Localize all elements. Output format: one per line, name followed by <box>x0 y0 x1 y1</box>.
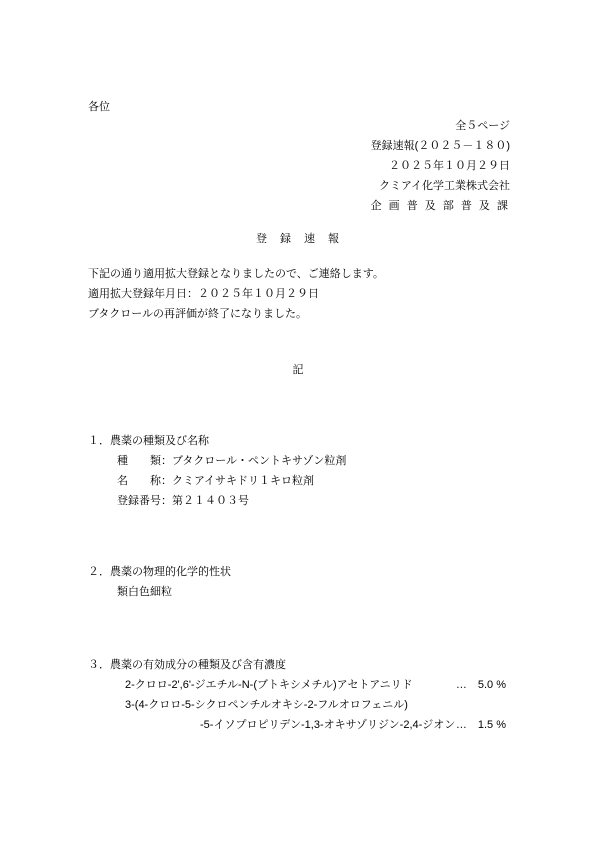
ingredient-concentration: … 5.0 % <box>456 675 506 695</box>
salutation: 各位 <box>88 97 110 117</box>
body-line-registration-date: 適用拡大登録年月日：２０２５年１０月２９日 <box>88 284 384 304</box>
section-active-ingredients: ３．農薬の有効成分の種類及び含有濃度 2-クロロ-2',6'-ジエチル-N-(ブ… <box>88 655 508 735</box>
ingredient-concentration: … 1.5 % <box>456 715 506 735</box>
ingredient-row: -5-イソプロピリデン-1,3-オキサゾリジン-2,4-ジオン … 1.5 % <box>200 715 506 735</box>
pesticide-name: 名 称：クミアイサキドリ１キロ粒剤 <box>117 471 508 491</box>
document-title: 登 録 速 報 <box>0 229 596 249</box>
page-count: 全５ページ <box>371 116 510 136</box>
department-name: 企 画 普 及 部 普 及 課 <box>371 196 510 216</box>
section-heading: １．農薬の種類及び名称 <box>88 431 508 451</box>
section-physical-chemical-properties: ２．農薬の物理的化学的性状 類白色細粒 <box>88 562 508 602</box>
bulletin-number: 登録速報(２０２５－１８０) <box>371 136 510 156</box>
pesticide-type: 種 類：ブタクロール・ペントキサゾン粒剤 <box>117 451 508 471</box>
company-name: クミアイ化学工業株式会社 <box>371 176 510 196</box>
document-page: 各位 全５ページ 登録速報(２０２５－１８０) ２０２５年１０月２９日 クミアイ… <box>0 0 596 842</box>
registration-number: 登録番号：第２１４０３号 <box>117 491 508 511</box>
section-heading: ２．農薬の物理的化学的性状 <box>88 562 508 582</box>
ingredient-name: 2-クロロ-2',6'-ジエチル-N-(ブトキシメチル)アセトアニリド <box>125 675 413 695</box>
ingredient-row: 2-クロロ-2',6'-ジエチル-N-(ブトキシメチル)アセトアニリド … 5.… <box>125 675 506 695</box>
body-line-notice: 下記の通り適用拡大登録となりましたので、ご連絡します。 <box>88 264 384 284</box>
record-marker: 記 <box>0 360 596 380</box>
issue-date: ２０２５年１０月２９日 <box>371 156 510 176</box>
body-line-reevaluation: ブタクロールの再評価が終了になりました。 <box>88 304 384 324</box>
header-block: 全５ページ 登録速報(２０２５－１８０) ２０２５年１０月２９日 クミアイ化学工… <box>371 116 510 216</box>
ingredient-name-continued: -5-イソプロピリデン-1,3-オキサゾリジン-2,4-ジオン <box>200 715 455 735</box>
body-paragraph: 下記の通り適用拡大登録となりましたので、ご連絡します。 適用拡大登録年月日：２０… <box>88 264 384 324</box>
property-description: 類白色細粒 <box>117 582 508 602</box>
ingredient-name: 3-(4-クロロ-5-シクロペンチルオキシ-2-フルオロフェニル) <box>125 695 508 715</box>
section-pesticide-type-and-name: １．農薬の種類及び名称 種 類：ブタクロール・ペントキサゾン粒剤 名 称：クミア… <box>88 431 508 511</box>
section-heading: ３．農薬の有効成分の種類及び含有濃度 <box>88 655 508 675</box>
